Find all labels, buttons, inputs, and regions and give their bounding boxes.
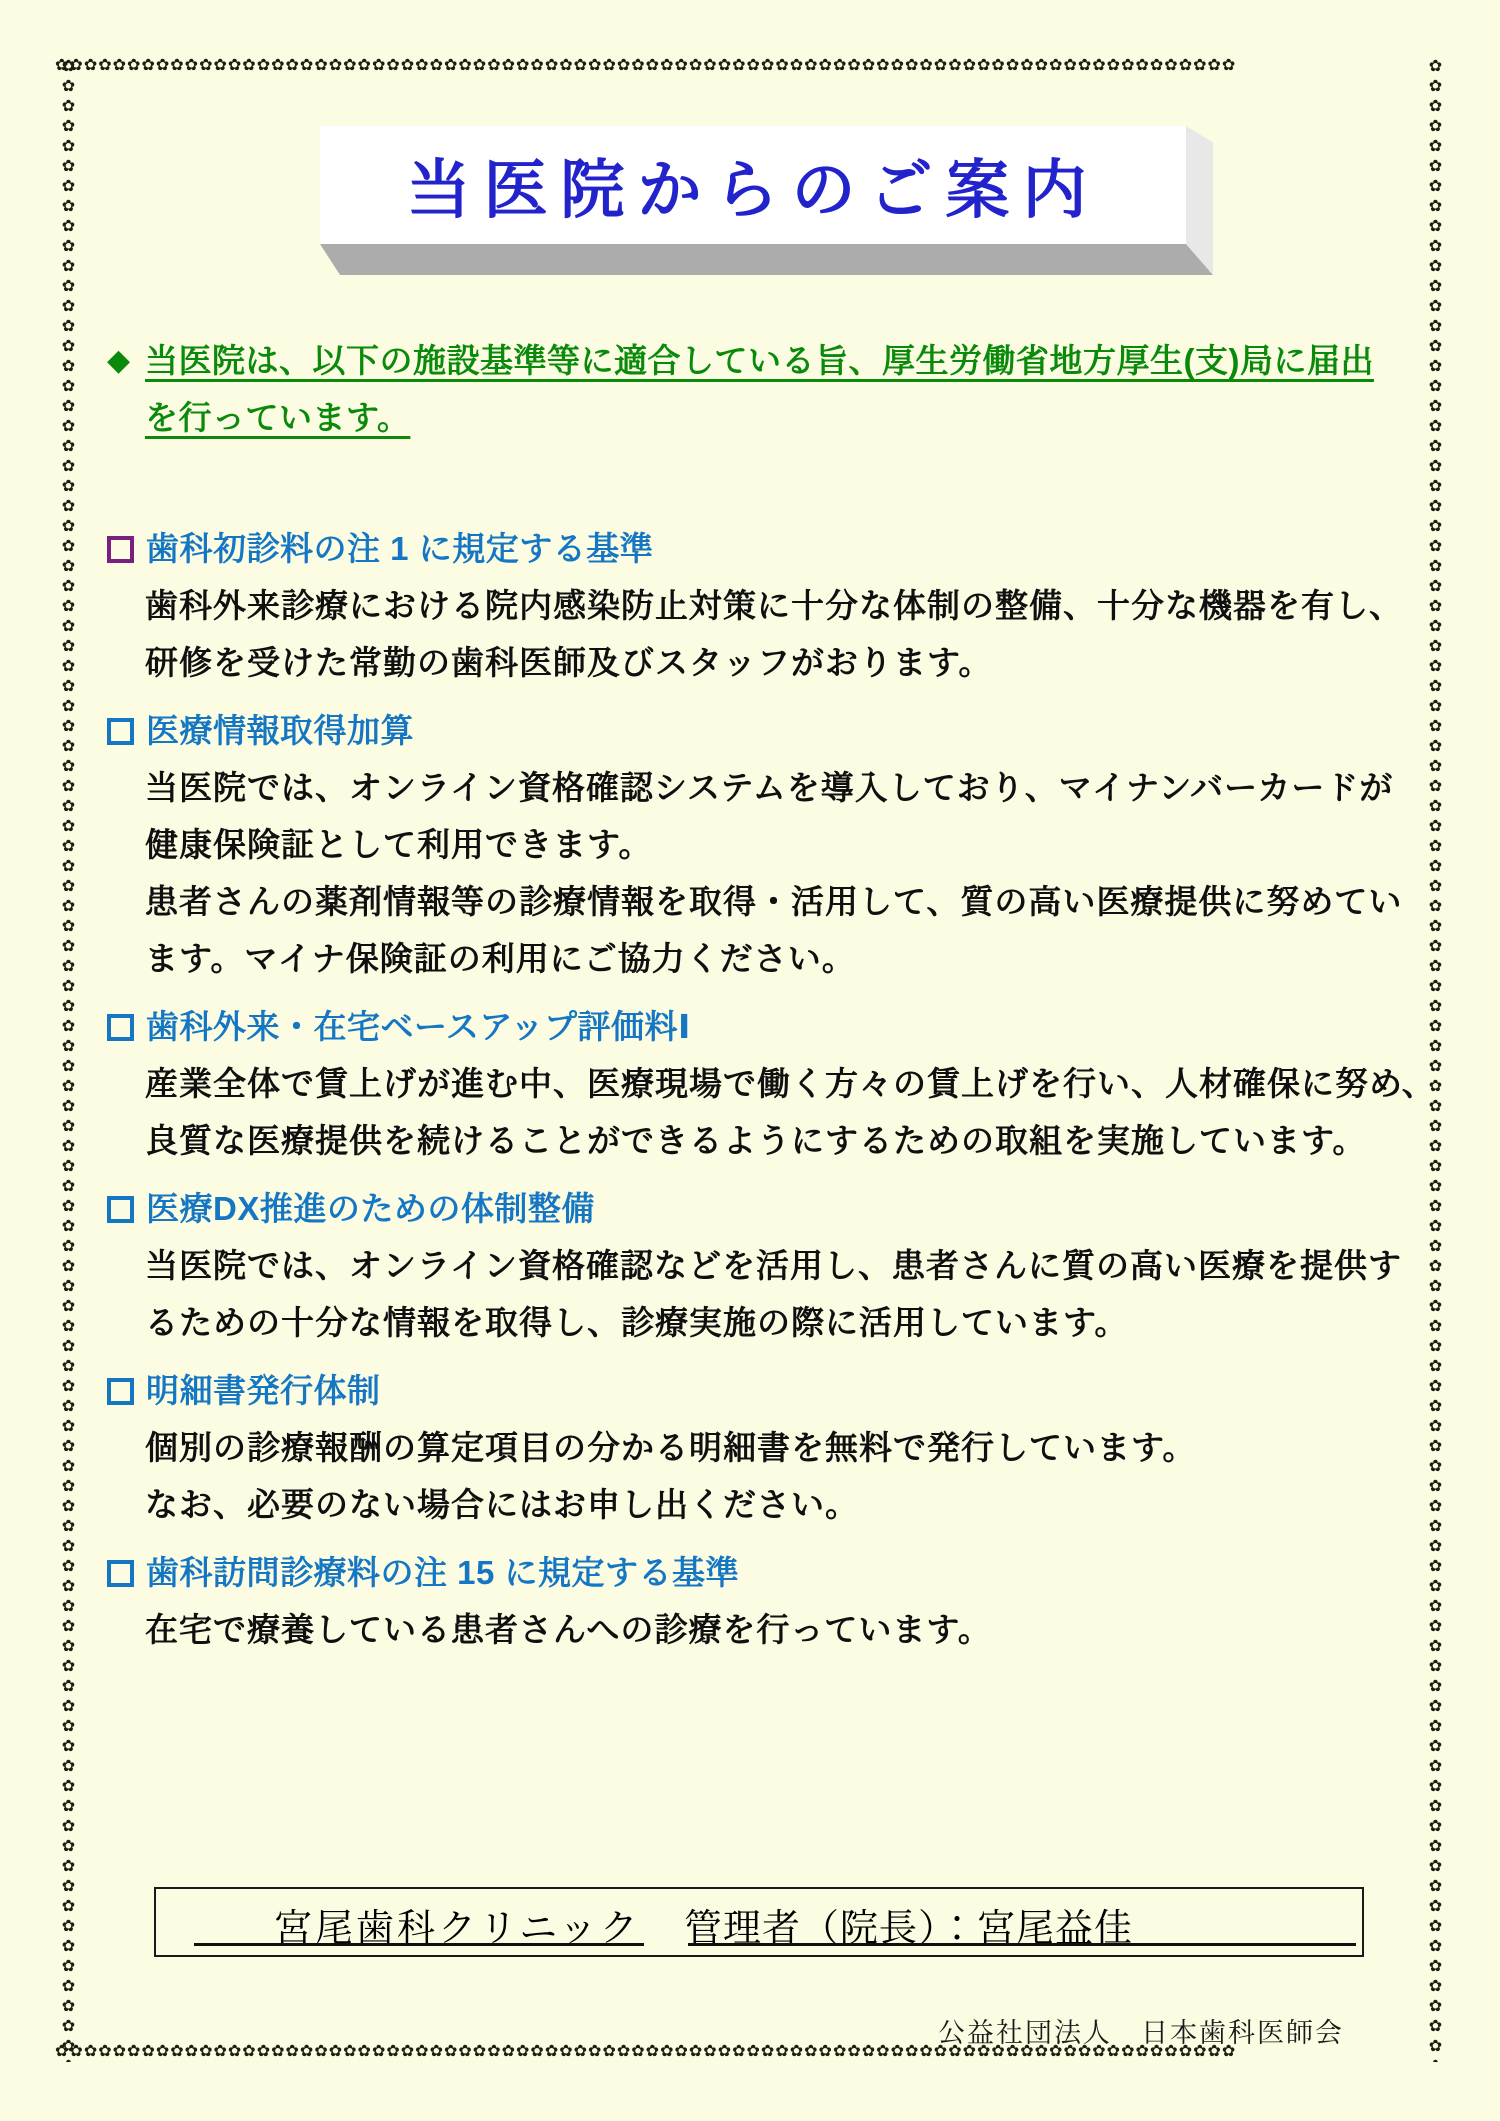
body-line: 産業全体で賃上げが進む中、医療現場で働く方々の賃上げを行い、人材確保に努め、 — [145, 1055, 1392, 1112]
checkbox-icon — [107, 1560, 134, 1587]
notice-content: ◆ 当医院は、以下の施設基準等に適合している旨、厚生労働省地方厚生(支)局に届出… — [107, 330, 1392, 1670]
section-medical-dx: 医療DX推進のための体制整備 当医院では、オンライン資格確認などを活用し、患者さ… — [107, 1181, 1392, 1351]
checkbox-icon — [107, 536, 134, 563]
checkbox-icon — [107, 1196, 134, 1223]
banner-shadow-bottom — [320, 244, 1213, 275]
body-line: なお、必要のない場合にはお申し出ください。 — [145, 1476, 1392, 1533]
body-line: 在宅で療養している患者さんへの診療を行っています。 — [145, 1601, 1392, 1658]
intro-text: 当医院は、以下の施設基準等に適合している旨、厚生労働省地方厚生(支)局に届出 を… — [145, 332, 1374, 446]
section-title: 歯科訪問診療料の注 15 に規定する基準 — [146, 1545, 739, 1601]
section-body: 歯科外来診療における院内感染防止対策に十分な体制の整備、十分な機器を有し、研修を… — [145, 577, 1392, 691]
section-title: 医療DX推進のための体制整備 — [146, 1181, 595, 1237]
intro-line: 当医院は、以下の施設基準等に適合している旨、厚生労働省地方厚生(支)局に届出 — [145, 342, 1374, 379]
section-first-visit-standard: 歯科初診料の注 1 に規定する基準 歯科外来診療における院内感染防止対策に十分な… — [107, 521, 1392, 691]
body-line: るための十分な情報を取得し、診療実施の際に活用しています。 — [145, 1294, 1392, 1351]
section-medical-info-acquisition: 医療情報取得加算 当医院では、オンライン資格確認システムを導入しており、マイナン… — [107, 703, 1392, 987]
section-body: 当医院では、オンライン資格確認などを活用し、患者さんに質の高い医療を提供するため… — [145, 1237, 1392, 1351]
body-line: 患者さんの薬剤情報等の診療情報を取得・活用して、質の高い医療提供に努めてい — [145, 873, 1392, 930]
section-header: 明細書発行体制 — [107, 1363, 1392, 1419]
border-right-flower-strip: ✿✿✿✿✿✿✿✿✿✿✿✿✿✿✿✿✿✿✿✿✿✿✿✿✿✿✿✿✿✿✿✿✿✿✿✿✿✿✿✿… — [1424, 56, 1444, 2062]
publisher-credit: 公益社団法人 日本歯科医師会 — [938, 2011, 1344, 2050]
body-line: 当医院では、オンライン資格確認システムを導入しており、マイナンバーカードが — [145, 759, 1392, 816]
section-title: 明細書発行体制 — [146, 1363, 381, 1419]
section-itemized-receipt: 明細書発行体制 個別の診療報酬の算定項目の分かる明細書を無料で発行しています。な… — [107, 1363, 1392, 1533]
checkbox-icon — [107, 718, 134, 745]
checkbox-icon — [107, 1378, 134, 1405]
body-line: 歯科外来診療における院内感染防止対策に十分な体制の整備、十分な機器を有し、 — [145, 577, 1392, 634]
title-banner: 当医院からのご案内 — [320, 126, 1186, 244]
page-title: 当医院からのご案内 — [407, 139, 1100, 231]
body-line: 良質な医療提供を続けることができるようにするための取組を実施しています。 — [145, 1112, 1392, 1169]
section-header: 歯科訪問診療料の注 15 に規定する基準 — [107, 1545, 1392, 1601]
body-line: 健康保険証として利用できます。 — [145, 816, 1392, 873]
section-header: 歯科外来・在宅ベースアップ評価料Ⅰ — [107, 999, 1392, 1055]
intro-line: を行っています。 — [145, 399, 410, 436]
body-line: 当医院では、オンライン資格確認などを活用し、患者さんに質の高い医療を提供す — [145, 1237, 1392, 1294]
section-body: 個別の診療報酬の算定項目の分かる明細書を無料で発行しています。なお、必要のない場… — [145, 1419, 1392, 1533]
checkbox-icon — [107, 1014, 134, 1041]
notice-page: ✿✿✿✿✿✿✿✿✿✿✿✿✿✿✿✿✿✿✿✿✿✿✿✿✿✿✿✿✿✿✿✿✿✿✿✿✿✿✿✿… — [0, 0, 1500, 2121]
signature-box: 宮尾歯科クリニック 管理者（院長）：宮尾益佳 — [154, 1887, 1364, 1957]
section-header: 医療情報取得加算 — [107, 703, 1392, 759]
signature-underline — [688, 1943, 1356, 1946]
diamond-bullet-icon: ◆ — [107, 332, 145, 446]
section-header: 医療DX推進のための体制整備 — [107, 1181, 1392, 1237]
signature-underline — [194, 1943, 644, 1946]
section-title: 医療情報取得加算 — [146, 703, 414, 759]
section-title: 歯科外来・在宅ベースアップ評価料Ⅰ — [146, 999, 691, 1055]
section-body: 在宅で療養している患者さんへの診療を行っています。 — [145, 1601, 1392, 1658]
section-baseup-evaluation: 歯科外来・在宅ベースアップ評価料Ⅰ 産業全体で賃上げが進む中、医療現場で働く方々… — [107, 999, 1392, 1169]
border-top-flower-strip: ✿✿✿✿✿✿✿✿✿✿✿✿✿✿✿✿✿✿✿✿✿✿✿✿✿✿✿✿✿✿✿✿✿✿✿✿✿✿✿✿… — [55, 56, 1445, 76]
section-home-visit-care: 歯科訪問診療料の注 15 に規定する基準 在宅で療養している患者さんへの診療を行… — [107, 1545, 1392, 1658]
intro-statement: ◆ 当医院は、以下の施設基準等に適合している旨、厚生労働省地方厚生(支)局に届出… — [107, 332, 1392, 446]
section-body: 産業全体で賃上げが進む中、医療現場で働く方々の賃上げを行い、人材確保に努め、良質… — [145, 1055, 1392, 1169]
body-line: 個別の診療報酬の算定項目の分かる明細書を無料で発行しています。 — [145, 1419, 1392, 1476]
border-left-flower-strip: ✿✿✿✿✿✿✿✿✿✿✿✿✿✿✿✿✿✿✿✿✿✿✿✿✿✿✿✿✿✿✿✿✿✿✿✿✿✿✿✿… — [57, 56, 77, 2062]
body-line: ます。マイナ保険証の利用にご協力ください。 — [145, 930, 1392, 987]
section-title: 歯科初診料の注 1 に規定する基準 — [146, 521, 653, 577]
section-body: 当医院では、オンライン資格確認システムを導入しており、マイナンバーカードが健康保… — [145, 759, 1392, 987]
body-line: 研修を受けた常勤の歯科医師及びスタッフがおります。 — [145, 634, 1392, 691]
section-header: 歯科初診料の注 1 に規定する基準 — [107, 521, 1392, 577]
